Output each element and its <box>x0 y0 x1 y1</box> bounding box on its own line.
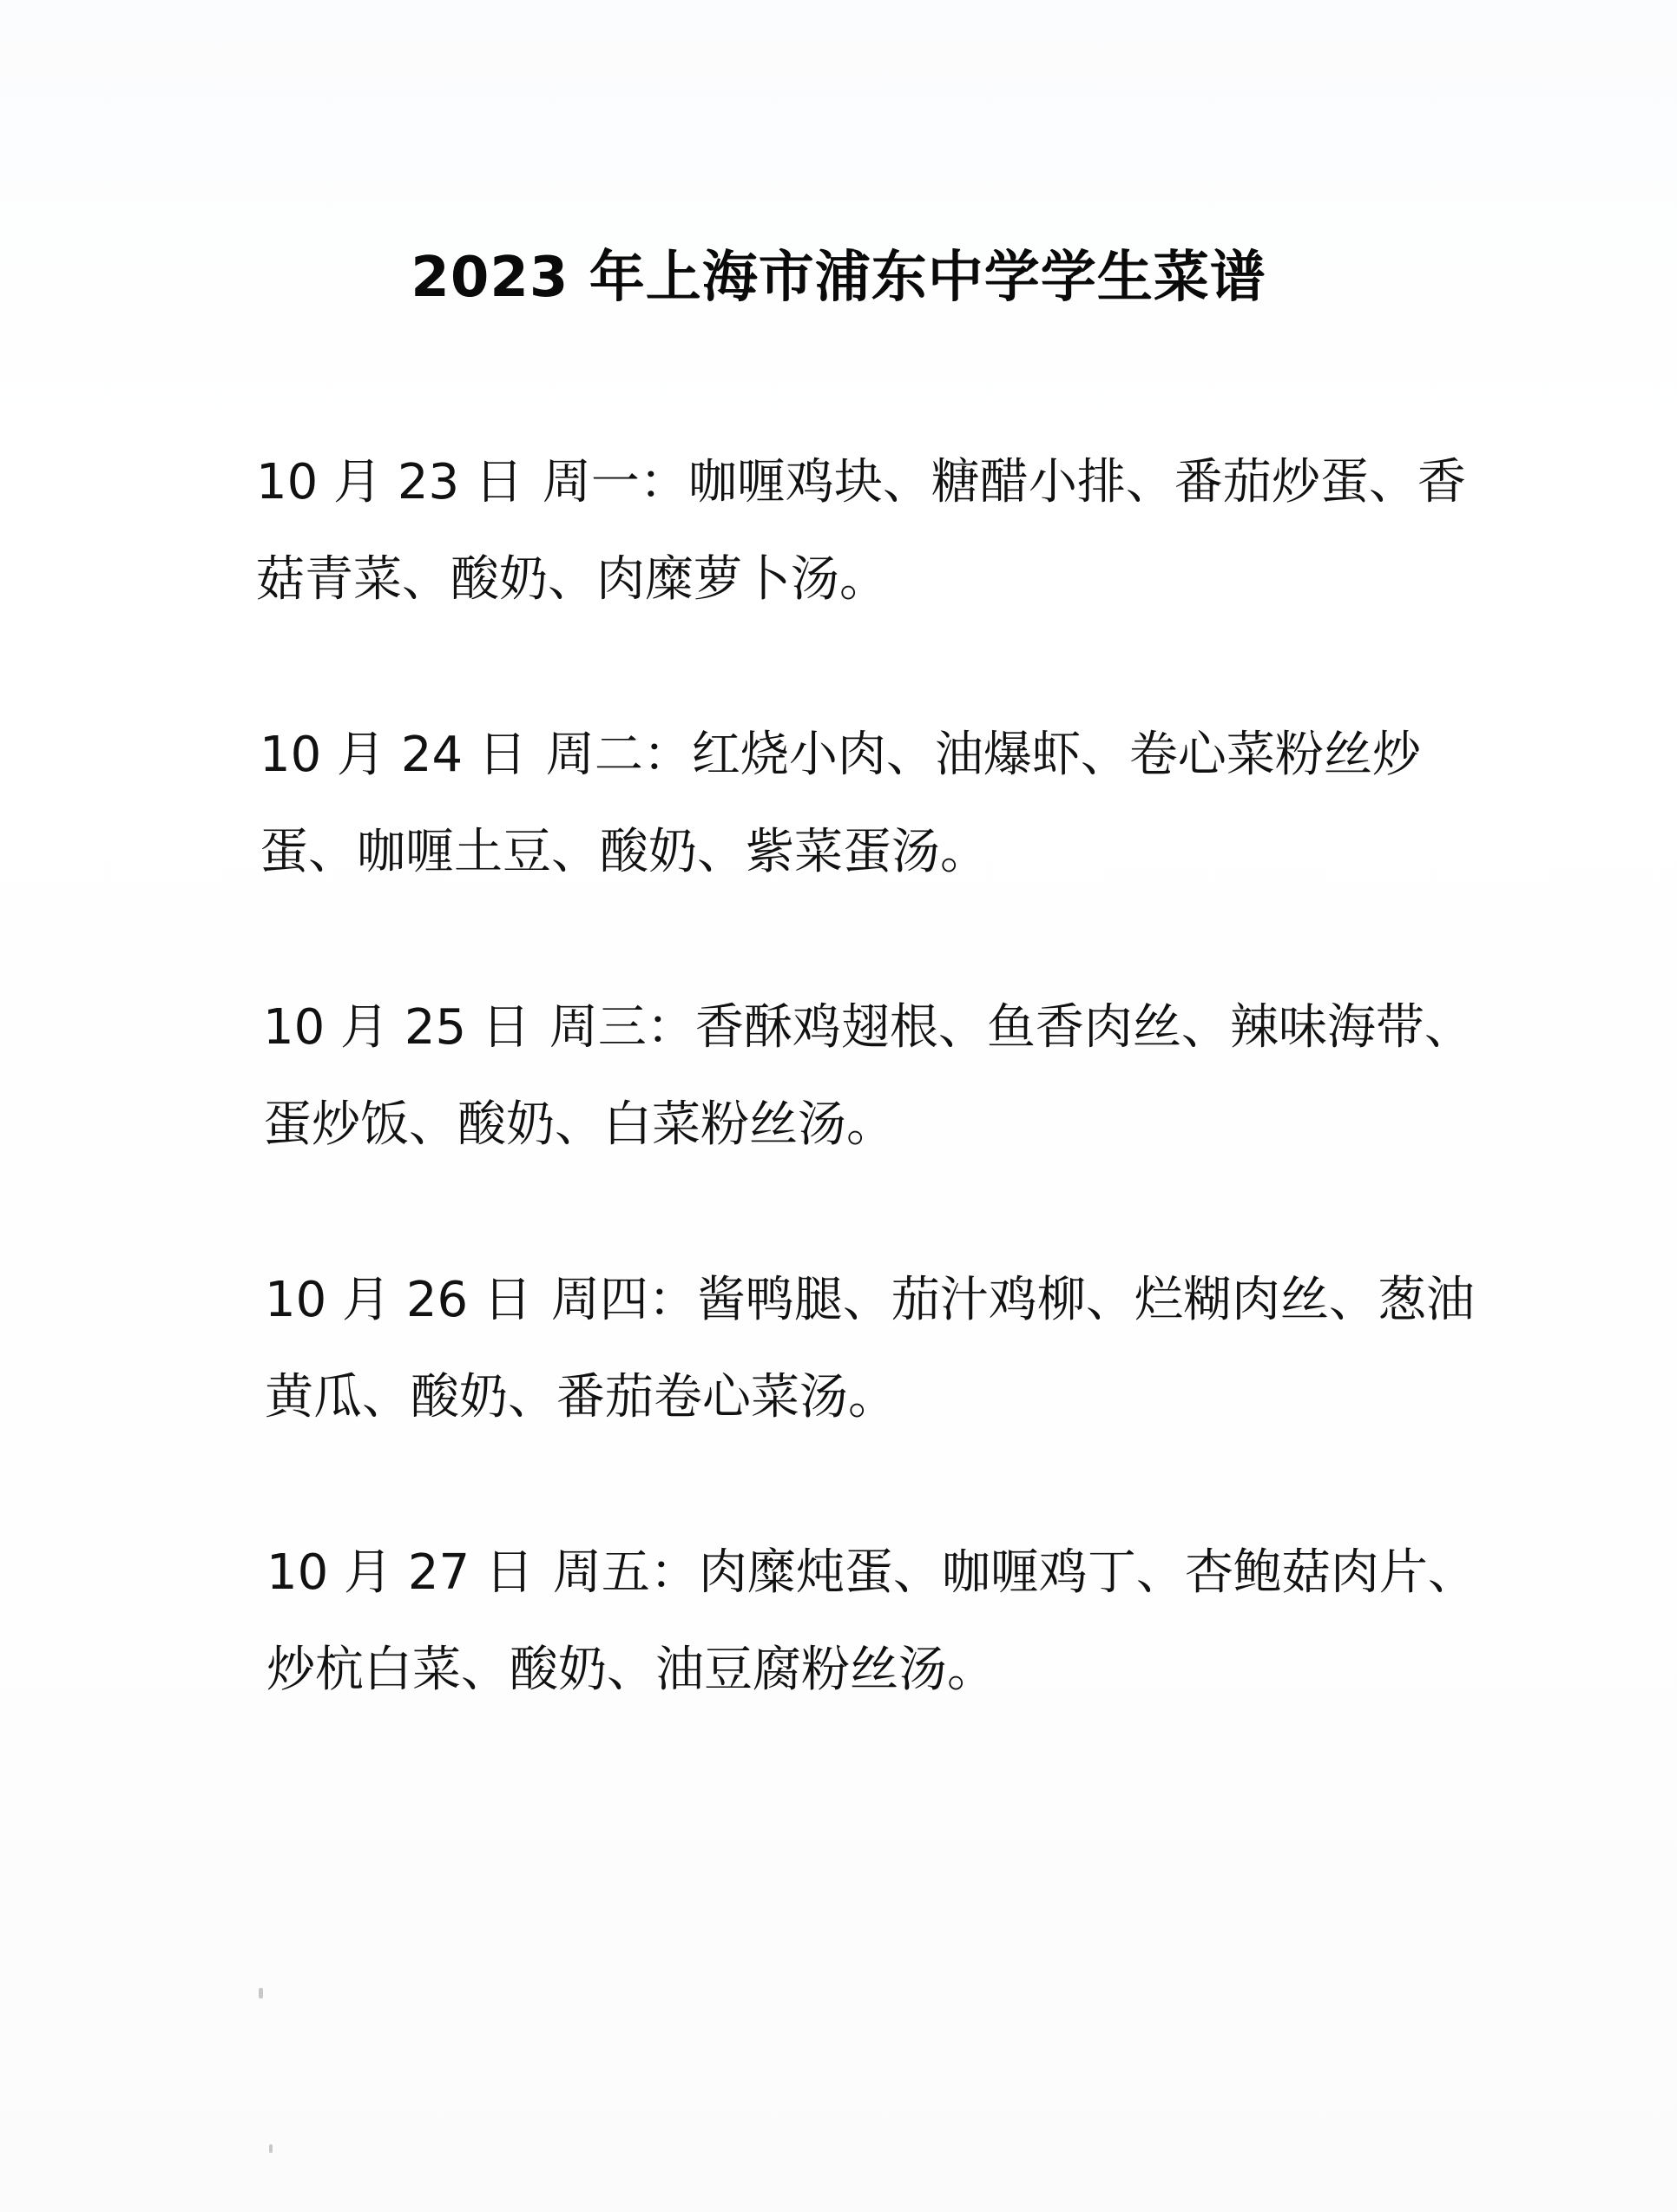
scan-speck <box>259 1988 263 1998</box>
entry-date: 10 月 23 日 <box>256 454 523 510</box>
menu-entry-friday: 10 月 27 日周五：肉糜炖蛋、咖喱鸡丁、杏鲍菇肉片、炒杭白菜、酸奶、油豆腐粉… <box>266 1524 1506 1797</box>
entry-weekday: 周三： <box>549 999 695 1056</box>
entry-date: 10 月 24 日 <box>260 727 527 783</box>
entry-date: 10 月 27 日 <box>266 1544 534 1601</box>
menu-entry-wednesday: 10 月 25 日周三：香酥鸡翅根、鱼香肉丝、辣味海带、蛋炒饭、酸奶、白菜粉丝汤… <box>263 979 1506 1252</box>
menu-entry-tuesday: 10 月 24 日周二：红烧小肉、油爆虾、卷心菜粉丝炒蛋、咖喱土豆、酸奶、紫菜蛋… <box>260 707 1506 979</box>
menu-list: 10 月 23 日周一：咖喱鸡块、糖醋小排、番茄炒蛋、香菇青菜、酸奶、肉糜萝卜汤… <box>256 434 1506 1797</box>
entry-weekday: 周四： <box>551 1272 697 1328</box>
menu-entry-thursday: 10 月 26 日周四：酱鸭腿、茄汁鸡柳、烂糊肉丝、葱油黄瓜、酸奶、番茄卷心菜汤… <box>265 1252 1506 1524</box>
page-title: 2023 年上海市浦东中学学生菜谱 <box>0 233 1677 313</box>
entry-weekday: 周二： <box>546 727 692 783</box>
menu-entry-monday: 10 月 23 日周一：咖喱鸡块、糖醋小排、番茄炒蛋、香菇青菜、酸奶、肉糜萝卜汤… <box>256 434 1506 707</box>
entry-weekday: 周一： <box>543 454 688 510</box>
entry-date: 10 月 26 日 <box>265 1272 532 1328</box>
entry-weekday: 周五： <box>553 1544 699 1601</box>
entry-date: 10 月 25 日 <box>263 999 530 1056</box>
scan-speck <box>269 2144 273 2153</box>
